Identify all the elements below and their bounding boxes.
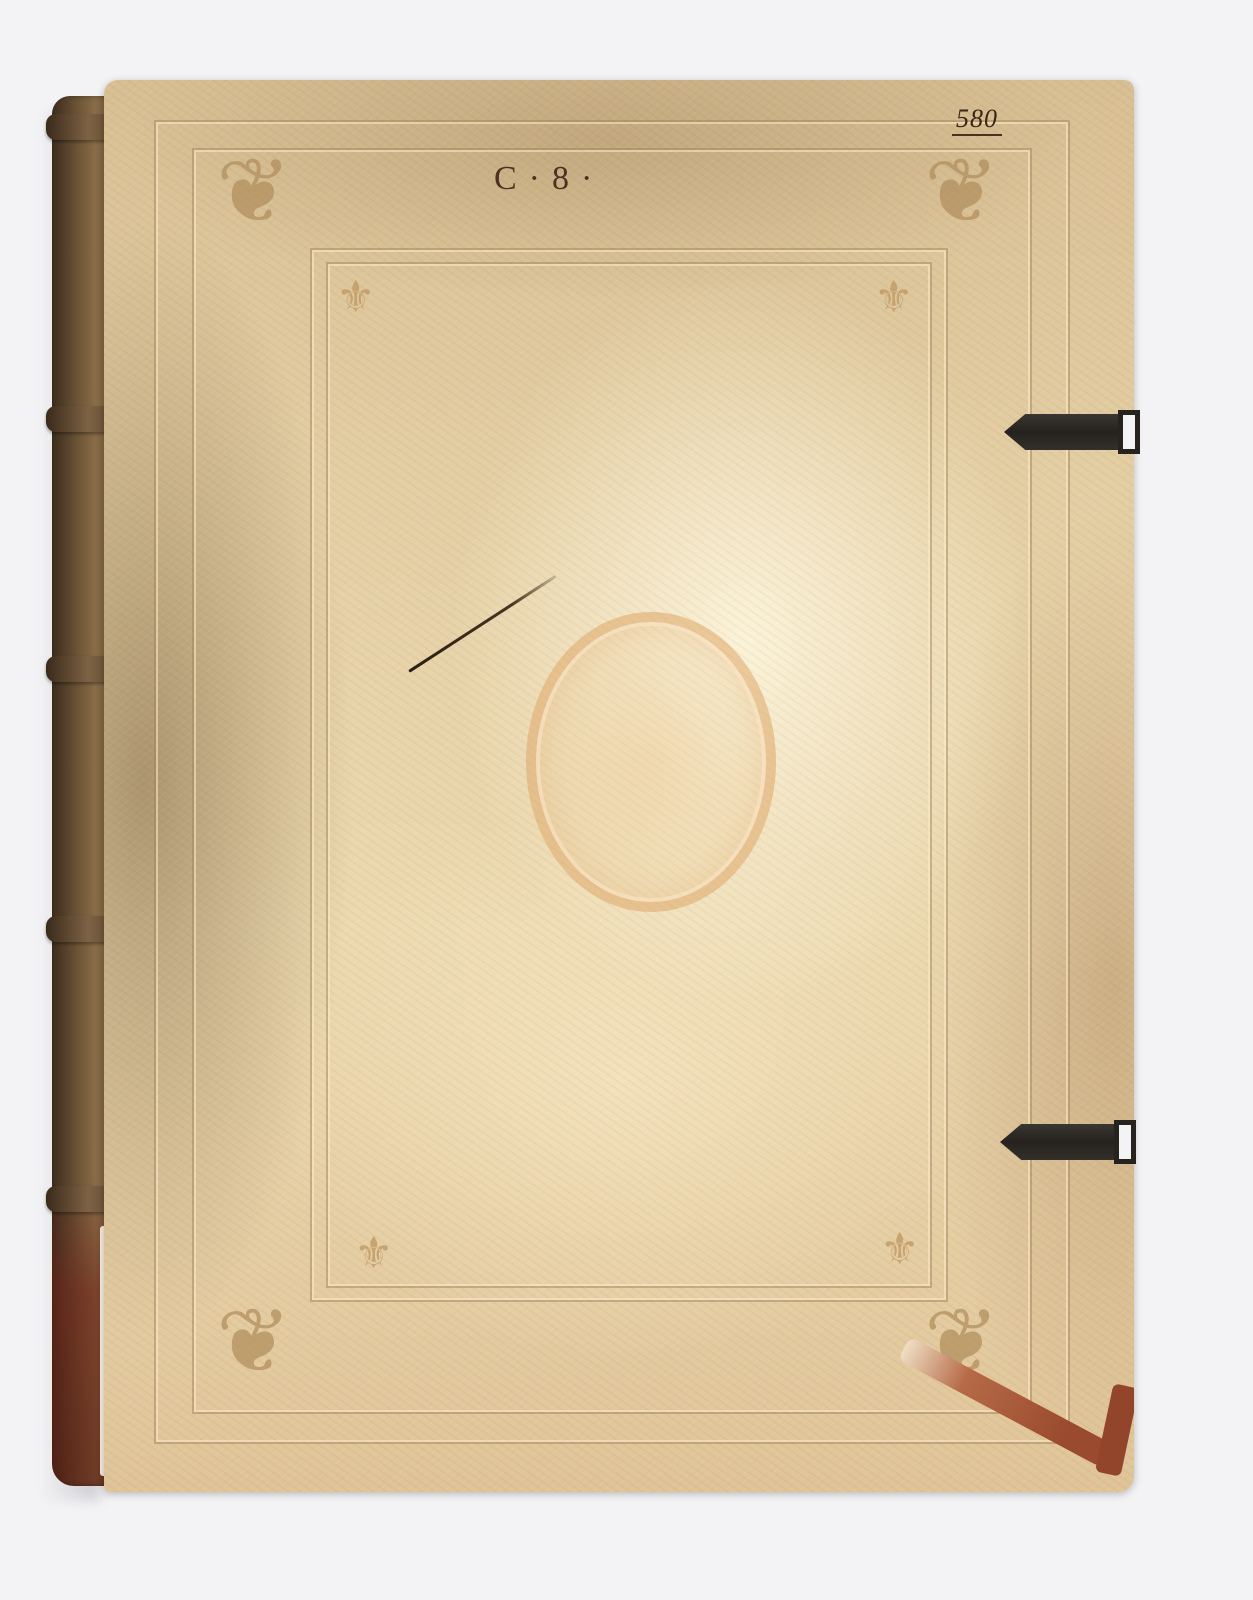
corner-ornament-icon: ❦ — [216, 148, 291, 238]
central-oval-stamp — [526, 612, 776, 912]
fleur-de-lis-icon: ⚜ — [880, 1228, 919, 1272]
clasp-plate — [1000, 1124, 1118, 1160]
front-cover: ❦ ❦ ❦ ❦ ⚜ ⚜ ⚜ ⚜ C·8· 580 — [104, 80, 1134, 1492]
corner-ornament-icon: ❦ — [216, 1298, 291, 1388]
shelfmark-number: 580 — [952, 104, 1002, 136]
corner-ornament-icon: ❦ — [924, 148, 999, 238]
fleur-de-lis-icon: ⚜ — [874, 276, 913, 320]
clasp-catch — [1118, 410, 1140, 454]
photo-scene: ❦ ❦ ❦ ❦ ⚜ ⚜ ⚜ ⚜ C·8· 580 — [0, 0, 1253, 1600]
fleur-de-lis-icon: ⚜ — [354, 1232, 393, 1276]
lower-clasp — [1000, 1120, 1136, 1162]
upper-clasp — [1004, 410, 1140, 452]
fleur-de-lis-icon: ⚜ — [336, 276, 375, 320]
ink-annotation: C·8· — [494, 160, 604, 198]
clasp-catch — [1114, 1120, 1136, 1164]
clasp-plate — [1004, 414, 1122, 450]
